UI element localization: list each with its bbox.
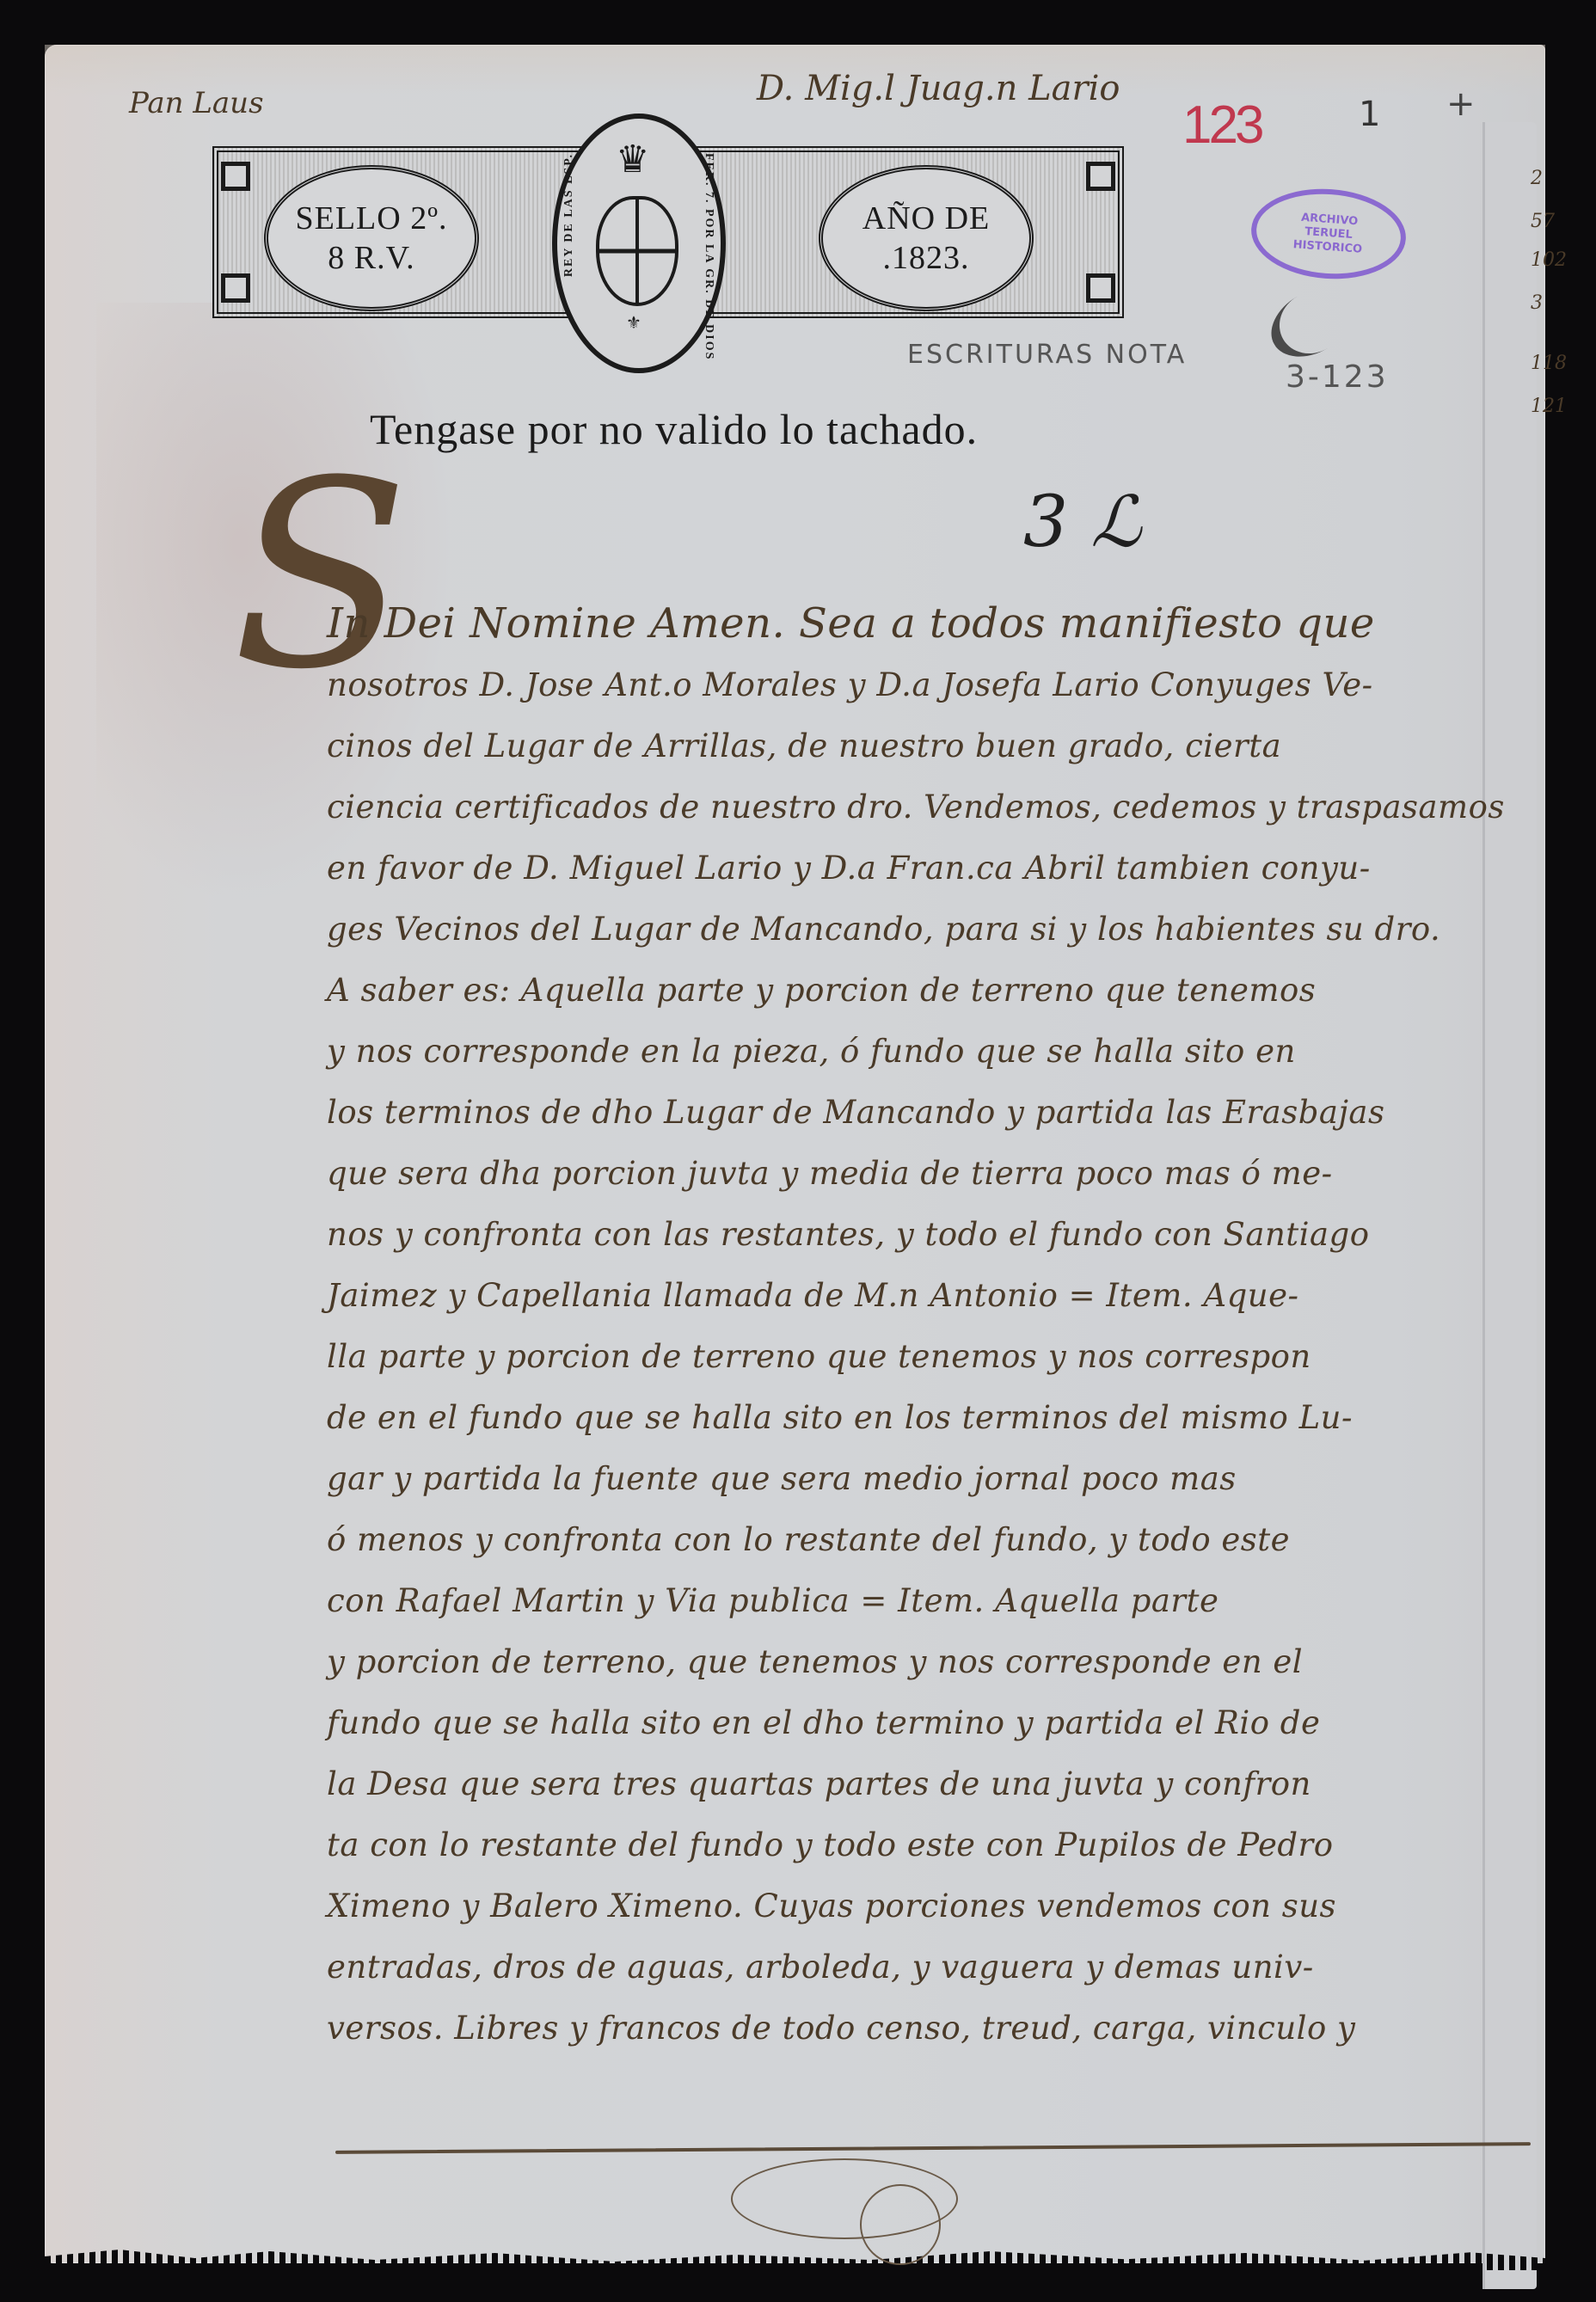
manuscript-line: la Desa que sera tres quartas partes de …: [327, 1753, 1531, 1814]
manuscript-line: lla parte y porcion de terreno que tenem…: [327, 1326, 1531, 1387]
crown-icon: ♛: [616, 138, 649, 181]
closing-flourish: [860, 2184, 941, 2265]
manuscript-line: In Dei Nomine Amen. Sea a todos manifies…: [327, 593, 1531, 654]
archive-stamp-line-3: HISTORICO: [1292, 238, 1362, 257]
seal-type: SELLO 2º.: [296, 199, 448, 238]
pencil-reference: 3-123: [1286, 359, 1389, 395]
manuscript-line: de en el fundo que se halla sito en los …: [327, 1387, 1531, 1448]
fleur-de-lis-icon: ⚜: [626, 312, 641, 334]
top-center-note: D. Mig.l Juag.n Lario: [757, 69, 1120, 108]
manuscript-line: A saber es: Aquella parte y porcion de t…: [327, 960, 1531, 1021]
manuscript-line: nosotros D. Jose Ant.o Morales y D.a Jos…: [327, 654, 1531, 715]
manuscript-line: que sera dha porcion juvta y media de ti…: [327, 1143, 1531, 1204]
manuscript-line: y porcion de terreno, que tenemos y nos …: [327, 1631, 1531, 1692]
manuscript-line: cinos del Lugar de Arrillas, de nuestro …: [327, 715, 1531, 777]
manuscript-line: ciencia certificados de nuestro dro. Ven…: [327, 777, 1531, 838]
manuscript-line: versos. Libres y francos de todo censo, …: [327, 1998, 1531, 2059]
seal-corner-ornament: [1086, 273, 1115, 303]
shield-icon: [596, 196, 678, 306]
folio-mark: +: [1446, 84, 1476, 124]
manuscript-line: gar y partida la fuente que sera medio j…: [327, 1448, 1531, 1509]
tax-seal: SELLO 2º. 8 R.V. AÑO DE .1823. REY DE LA…: [212, 138, 1124, 331]
edge-note: 102: [1531, 249, 1567, 271]
notary-rubric: 3 ℒ: [1023, 482, 1141, 563]
manuscript-line: los terminos de dho Lugar de Mancando y …: [327, 1082, 1531, 1143]
seal-year: AÑO DE .1823.: [819, 165, 1034, 311]
red-catalog-number: 123: [1182, 95, 1261, 156]
seal-year-value: .1823.: [883, 238, 970, 278]
seal-legend-right: FER. 7. POR LA GR. DE DIOS: [702, 153, 715, 360]
manuscript-line: entradas, dros de aguas, arboleda, y vag…: [327, 1937, 1531, 1998]
seal-denomination: SELLO 2º. 8 R.V.: [264, 165, 479, 311]
manuscript-line: ó menos y confronta con lo restante del …: [327, 1509, 1531, 1570]
edge-note: 2: [1531, 168, 1543, 189]
seal-year-label: AÑO DE: [862, 199, 990, 238]
seal-legend-left: REY DE LAS ESP.: [562, 153, 576, 277]
manuscript-line: con Rafael Martin y Via publica = Item. …: [327, 1570, 1531, 1631]
edge-note: 121: [1531, 396, 1567, 417]
edge-note: 3: [1531, 292, 1543, 314]
printed-heading: Tengase por no valido lo tachado.: [370, 404, 978, 454]
manuscript-line: Ximeno y Balero Ximeno. Cuyas porciones …: [327, 1875, 1531, 1937]
seal-value: 8 R.V.: [328, 238, 414, 278]
folio-number: 1: [1359, 95, 1380, 134]
pencil-series-note: ESCRITURAS NOTA: [907, 340, 1187, 370]
seal-corner-ornament: [221, 162, 250, 191]
royal-coat-of-arms: REY DE LAS ESP. FER. 7. POR LA GR. DE DI…: [552, 114, 726, 373]
top-left-note: Pan Laus: [129, 86, 264, 120]
seal-corner-ornament: [1086, 162, 1115, 191]
manuscript-line: y nos corresponde en la pieza, ó fundo q…: [327, 1021, 1531, 1082]
manuscript-body: In Dei Nomine Amen. Sea a todos manifies…: [327, 593, 1531, 2059]
manuscript-line: ta con lo restante del fundo y todo este…: [327, 1814, 1531, 1875]
manuscript-line: nos y confronta con las restantes, y tod…: [327, 1204, 1531, 1265]
manuscript-line: ges Vecinos del Lugar de Mancando, para …: [327, 899, 1531, 960]
edge-note: 118: [1531, 353, 1567, 374]
manuscript-line: fundo que se halla sito en el dho termin…: [327, 1692, 1531, 1753]
edge-note: 57: [1531, 211, 1555, 232]
manuscript-line: Jaimez y Capellania llamada de M.n Anton…: [327, 1265, 1531, 1326]
seal-corner-ornament: [221, 273, 250, 303]
manuscript-line: en favor de D. Miguel Lario y D.a Fran.c…: [327, 838, 1531, 899]
